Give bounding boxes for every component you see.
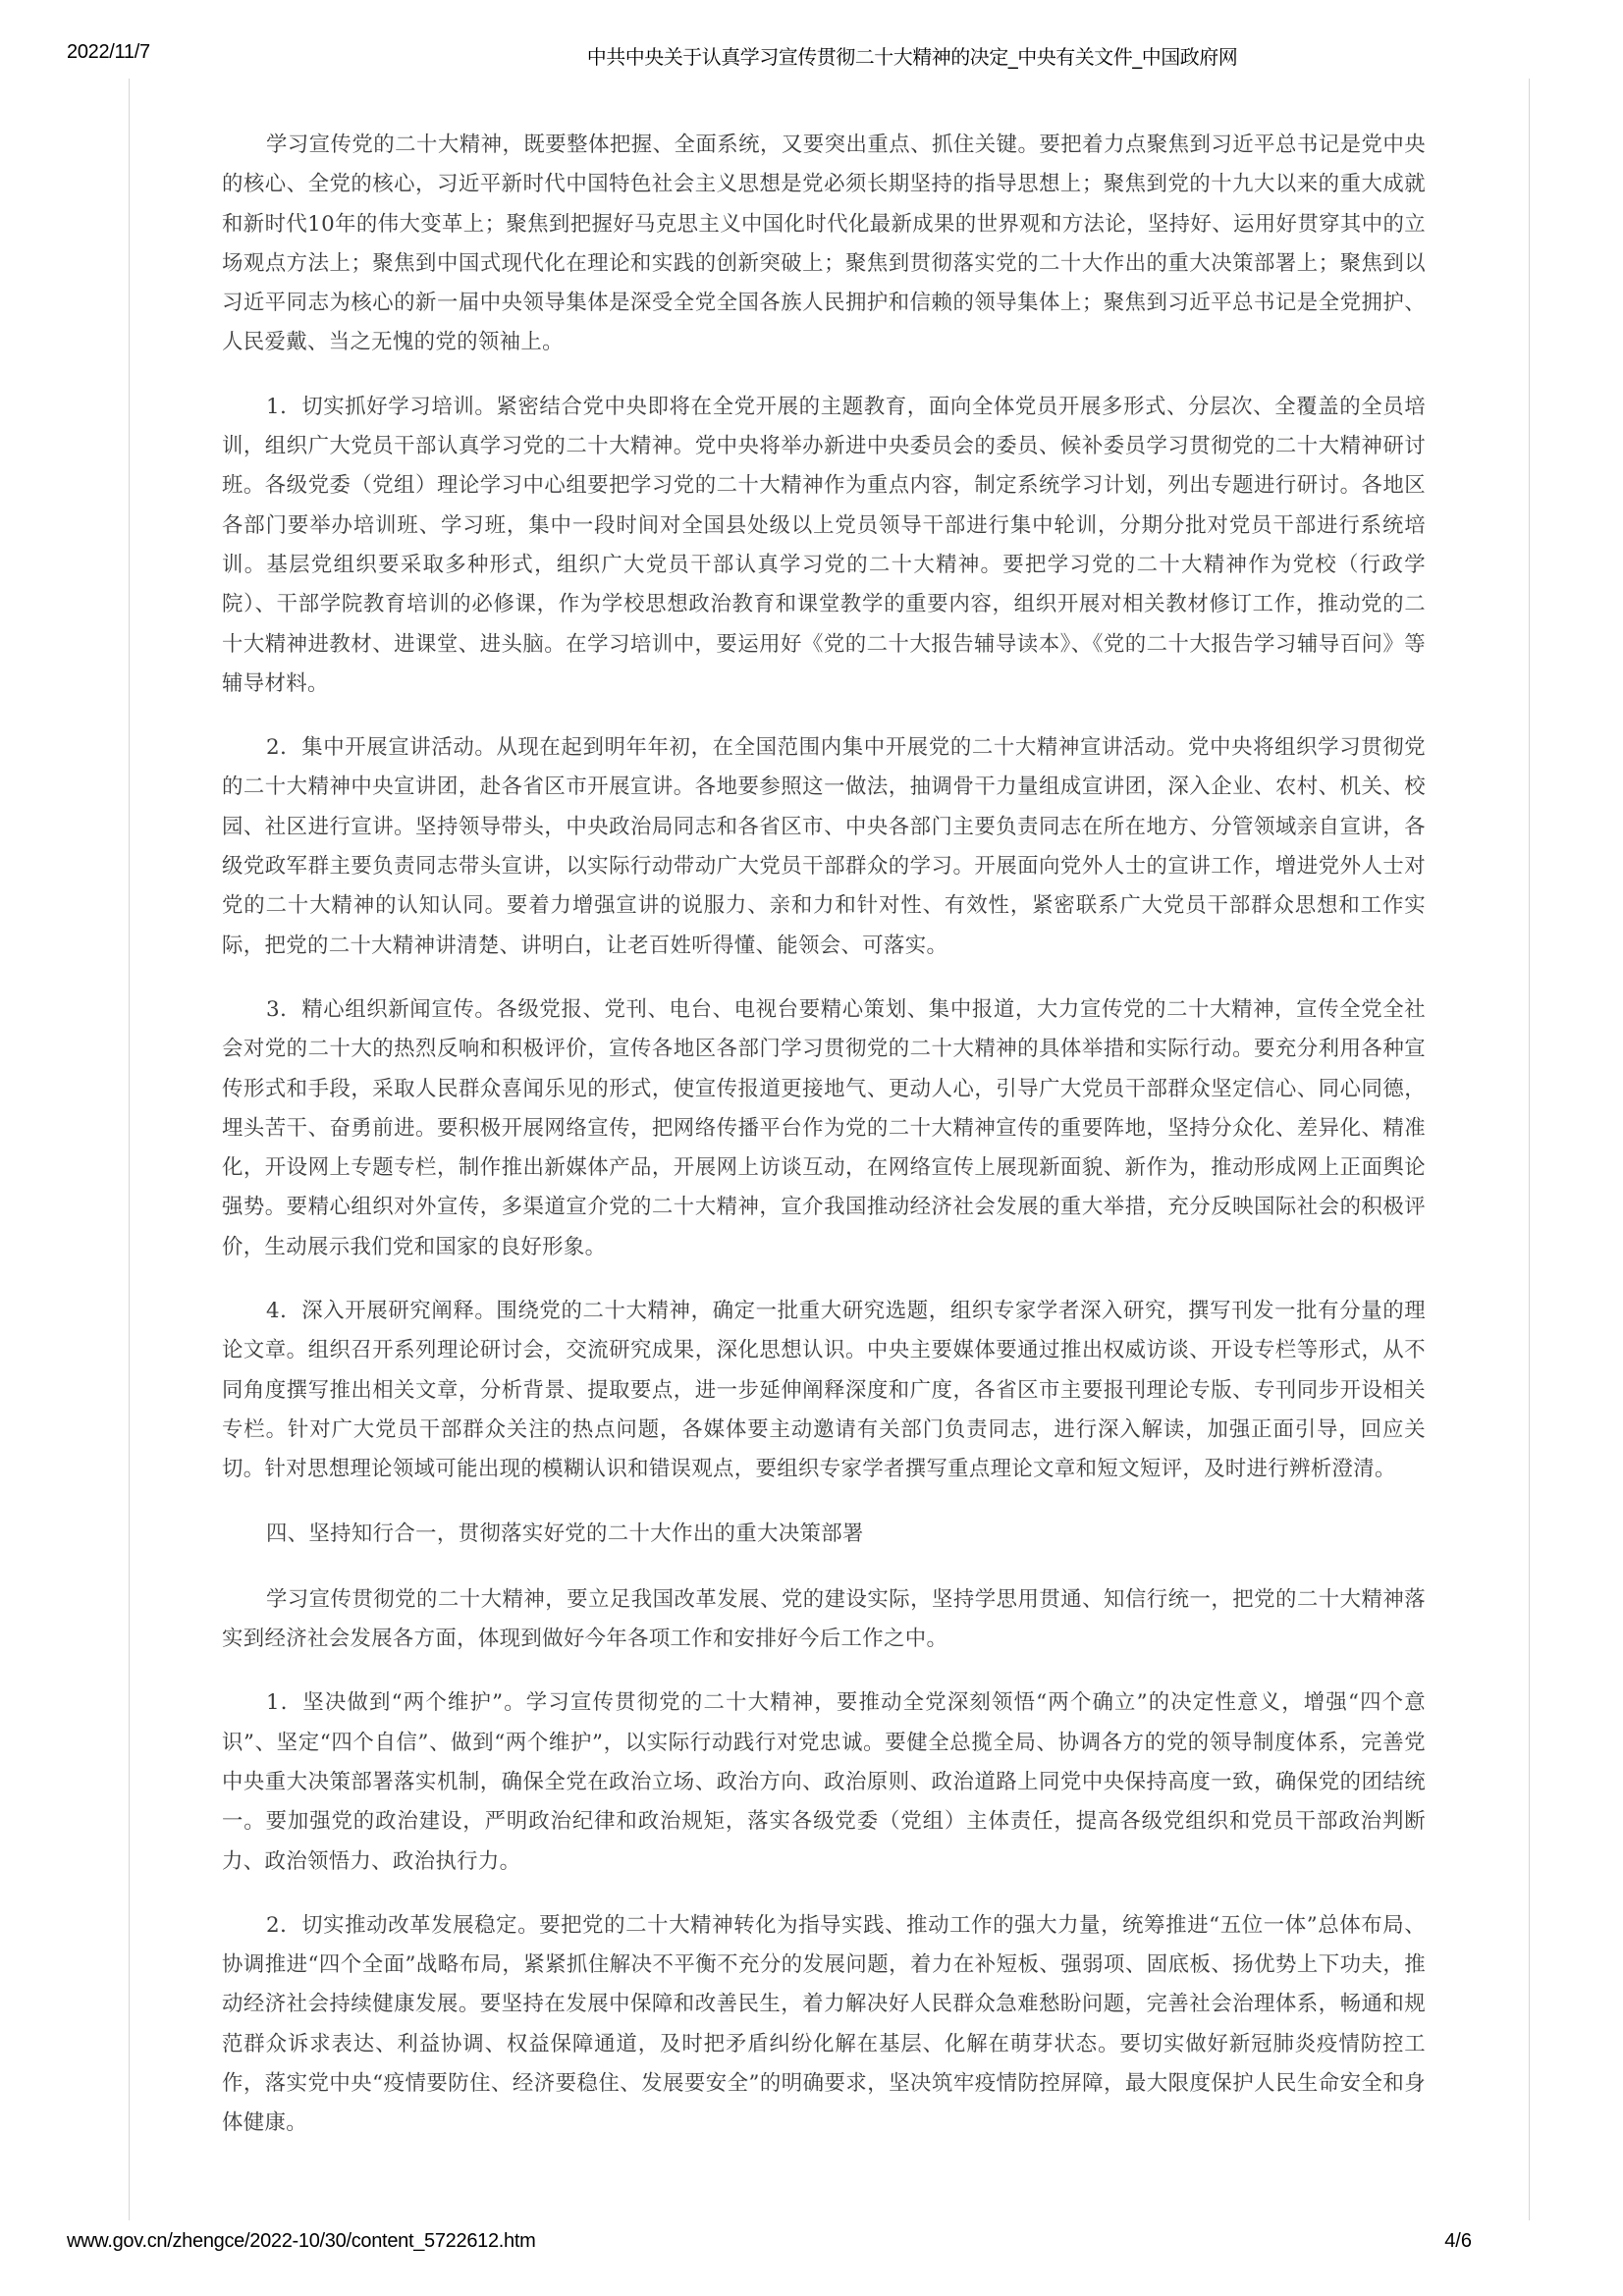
- paragraph-section-four-intro: 学习宣传贯彻党的二十大精神，要立足我国改革发展、党的建设实际，坚持学思用贯通、知…: [222, 1580, 1426, 1660]
- paragraph-intro-focus: 学习宣传党的二十大精神，既要整体把握、全面系统，又要突出重点、抓住关键。要把着力…: [222, 126, 1426, 363]
- paragraph-reform-development-stability: 2．切实推动改革发展稳定。要把党的二十大精神转化为指导实践、推动工作的强大力量，…: [222, 1906, 1426, 2144]
- paragraph-lecture-activities: 2．集中开展宣讲活动。从现在起到明年年初，在全国范围内集中开展党的二十大精神宣讲…: [222, 728, 1426, 966]
- section-heading-four: 四、坚持知行合一，贯彻落实好党的二十大作出的重大决策部署: [222, 1515, 1426, 1554]
- paragraph-news-publicity: 3．精心组织新闻宣传。各级党报、党刊、电台、电视台要精心策划、集中报道，大力宣传…: [222, 990, 1426, 1267]
- paragraph-research-interpretation: 4．深入开展研究阐释。围绕党的二十大精神，确定一批重大研究选题，组织专家学者深入…: [222, 1292, 1426, 1489]
- page-title: 中共中央关于认真学习宣传贯彻二十大精神的决定_中央有关文件_中国政府网: [0, 41, 1623, 70]
- article-frame: 学习宣传党的二十大精神，既要整体把握、全面系统，又要突出重点、抓住关键。要把着力…: [129, 79, 1530, 2220]
- page-number: 4/6: [1444, 2230, 1472, 2253]
- article-body: 学习宣传党的二十大精神，既要整体把握、全面系统，又要突出重点、抓住关键。要把着力…: [222, 126, 1426, 2168]
- paragraph-two-upholds: 1．坚决做到“两个维护”。学习宣传贯彻党的二十大精神，要推动全党深刻领悟“两个确…: [222, 1683, 1426, 1881]
- paragraph-study-training: 1．切实抓好学习培训。紧密结合党中央即将在全党开展的主题教育，面向全体党员开展多…: [222, 388, 1426, 704]
- page-url: www.gov.cn/zhengce/2022-10/30/content_57…: [67, 2230, 536, 2253]
